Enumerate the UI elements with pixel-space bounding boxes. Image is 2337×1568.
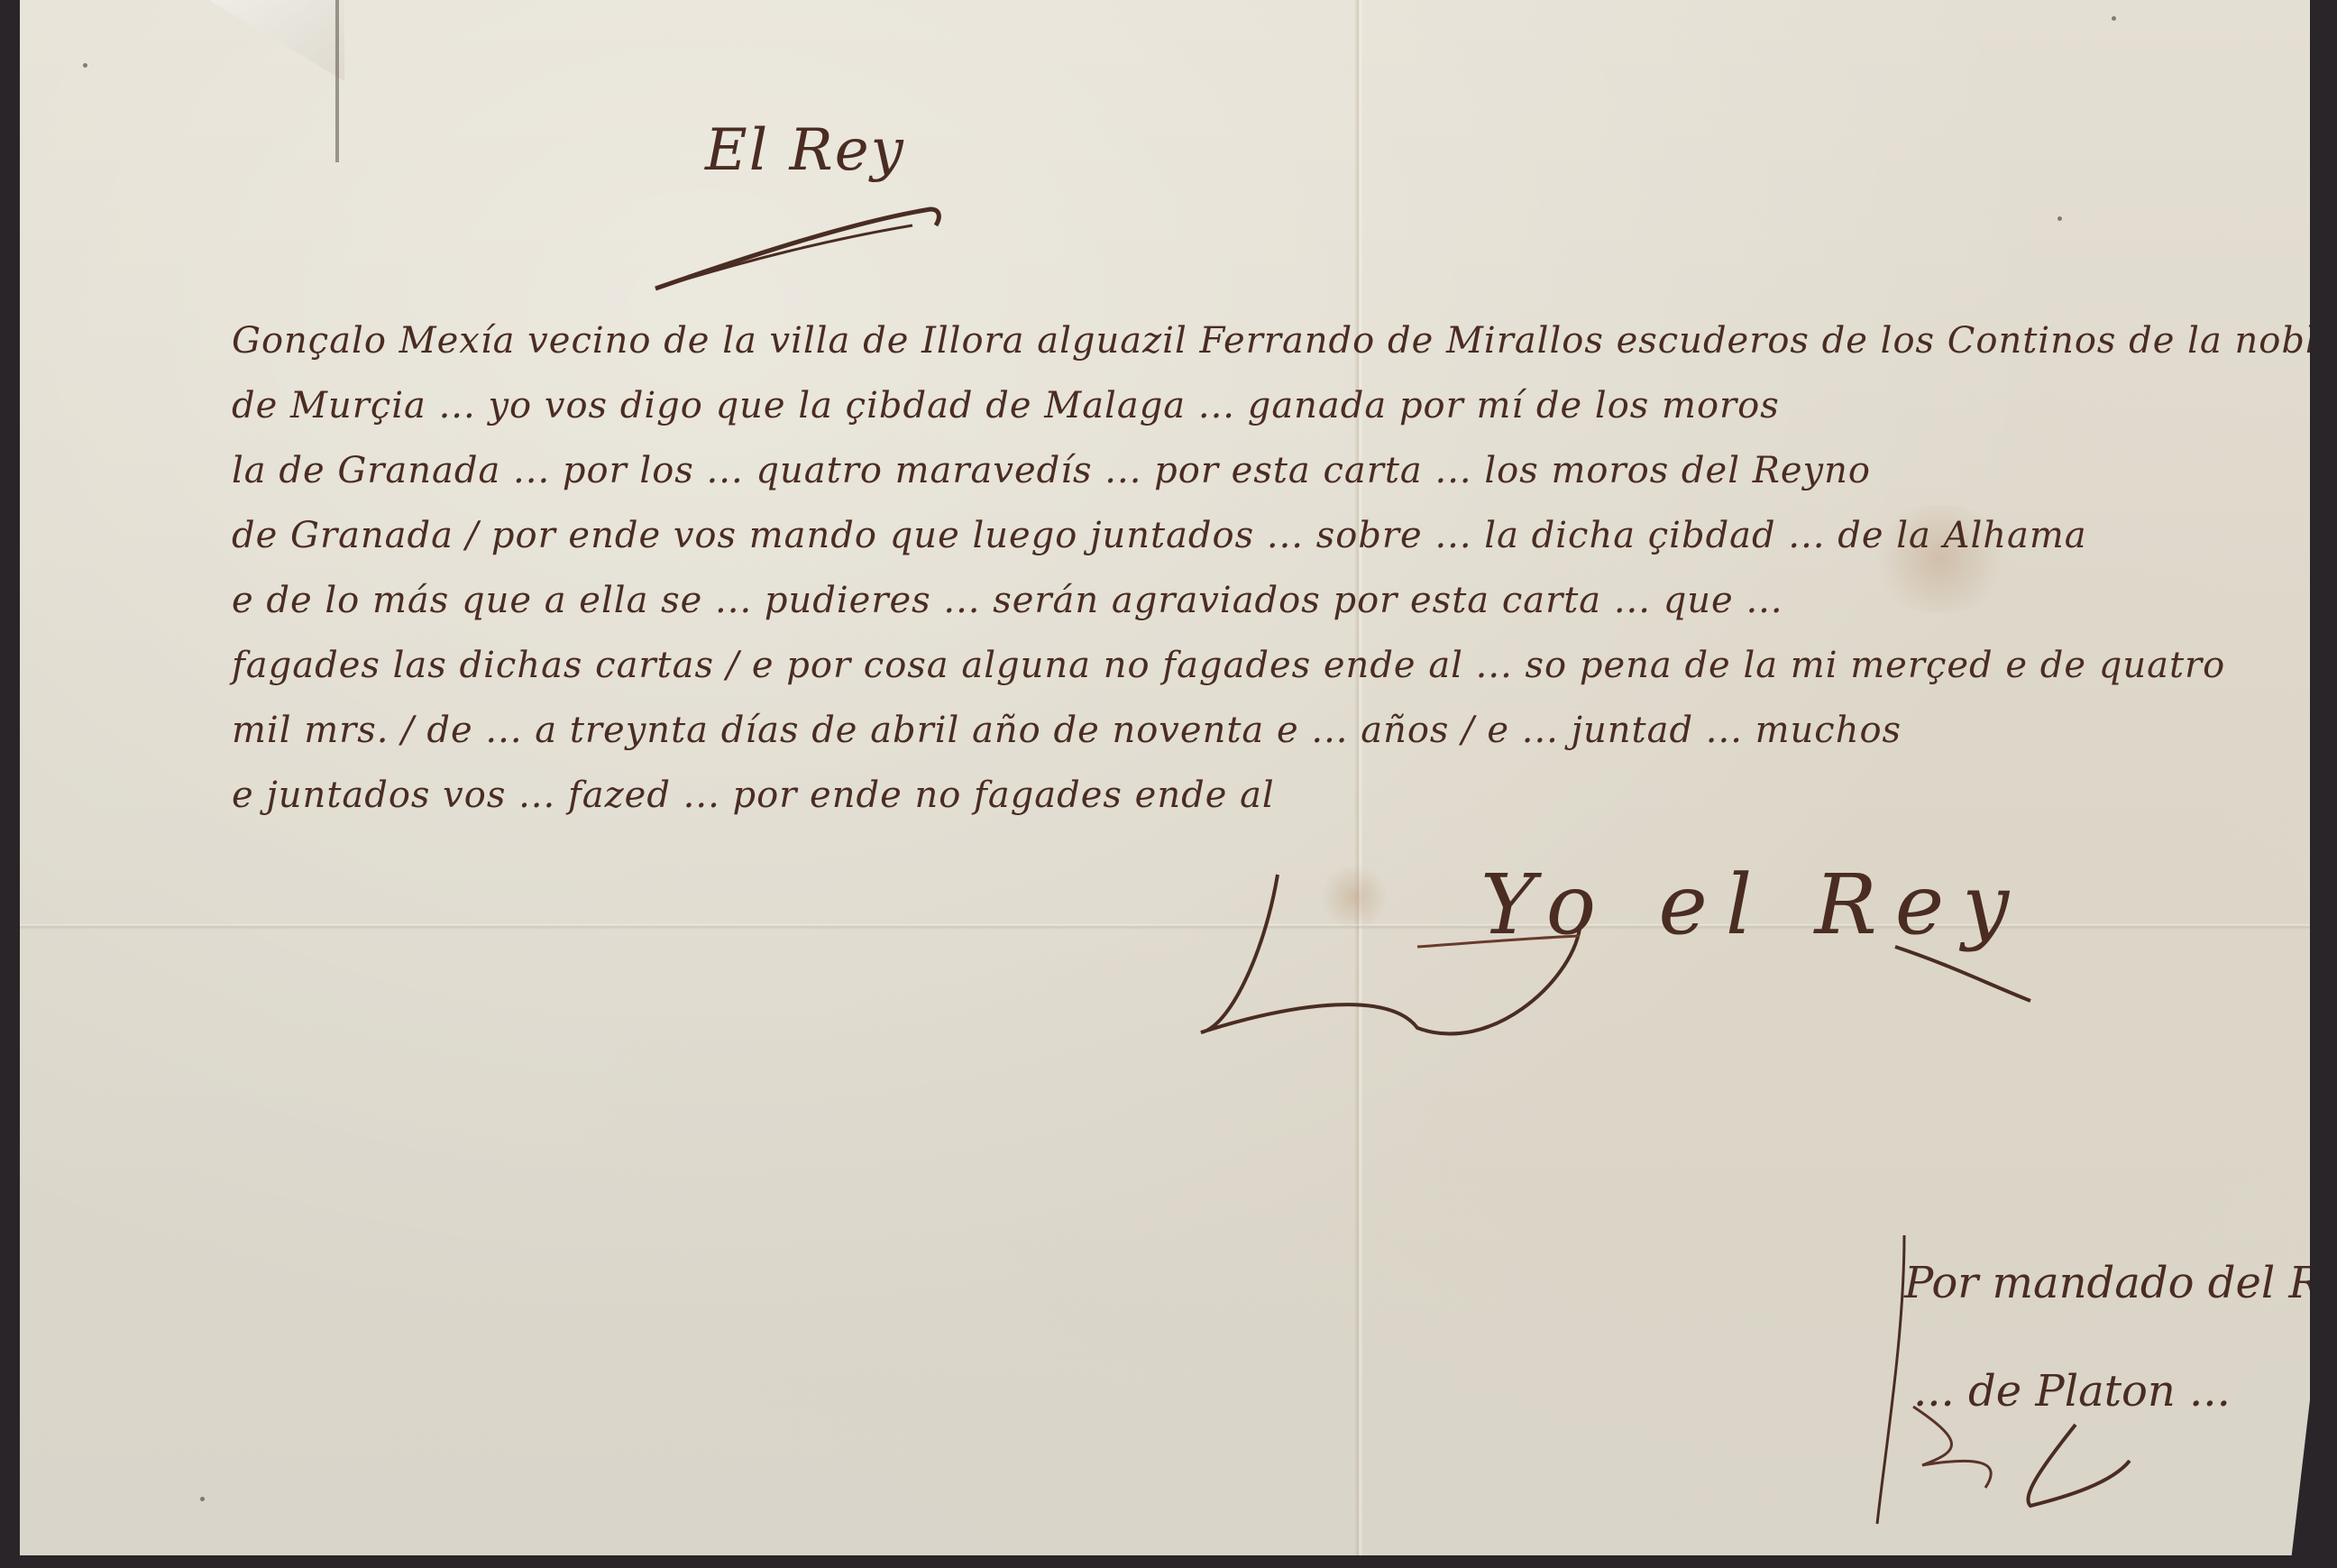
countersignature-flourish xyxy=(1661,1226,2166,1533)
manuscript-paper: El Rey Gonçalo Mexía vecino de la villa … xyxy=(20,0,2310,1555)
body-line-3: la de Granada ... por los ... quatro mar… xyxy=(232,450,2197,515)
letter-body: Gonçalo Mexía vecino de la villa de Illo… xyxy=(232,320,2197,839)
corner-fold xyxy=(209,0,344,81)
heading-el-rey: El Rey xyxy=(705,117,905,184)
body-line-7: mil mrs. / de ... a treynta días de abri… xyxy=(232,710,2197,775)
body-line-8: e juntados vos ... fazed ... por ende no… xyxy=(232,775,2197,839)
body-line-5: e de lo más que a ella se ... pudieres .… xyxy=(232,580,2197,645)
heading-flourish xyxy=(651,198,949,298)
paper-speck xyxy=(2112,16,2116,21)
paper-speck xyxy=(2057,216,2062,221)
tear-mark xyxy=(335,0,339,162)
body-line-1: Gonçalo Mexía vecino de la villa de Illo… xyxy=(232,320,2197,385)
signature-flourish xyxy=(1192,848,2048,1046)
paper-speck xyxy=(200,1497,205,1501)
document-scan: El Rey Gonçalo Mexía vecino de la villa … xyxy=(0,0,2337,1568)
body-line-4: de Granada / por ende vos mando que lueg… xyxy=(232,515,2197,580)
paper-speck xyxy=(83,63,87,68)
body-line-2: de Murçia ... yo vos digo que la çibdad … xyxy=(232,385,2197,450)
body-line-6: fagades las dichas cartas / e por cosa a… xyxy=(232,645,2197,710)
